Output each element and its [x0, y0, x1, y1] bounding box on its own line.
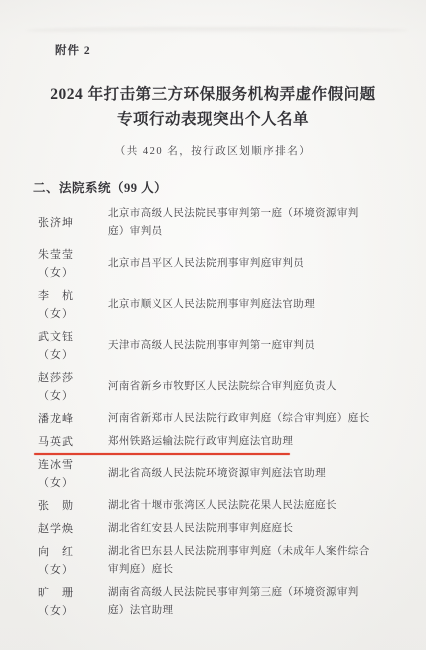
person-position-description: 湖北省红安县人民法院刑事审判庭庭长	[108, 520, 370, 538]
person-name-column: 连冰雪 （女）	[38, 456, 108, 492]
red-highlight-underline	[34, 453, 290, 455]
document-page: 附件 2 2024 年打击第三方环保服务机构弄虚作假问题 专项行动表现突出个人名…	[0, 0, 426, 620]
person-name: 李 杭	[38, 287, 108, 305]
roster-entry-row: 张 勋 湖北省十堰市张湾区人民法院花果人民法庭庭长	[38, 497, 400, 515]
person-name: 潘龙峰	[38, 410, 108, 428]
person-name: 旷 珊	[38, 584, 108, 602]
person-position-description: 北京市高级人民法院民事审判第一庭（环境资源审判庭）审判员	[108, 205, 370, 241]
attachment-label: 附件 2	[55, 42, 426, 58]
person-position-description: 湖北省十堰市张湾区人民法院花果人民法庭庭长	[108, 497, 370, 515]
document-title-line1: 2024 年打击第三方环保服务机构弄虚作假问题	[0, 82, 426, 107]
person-name-column: 赵莎莎 （女）	[38, 369, 108, 405]
roster-entry-row: 赵莎莎 （女） 河南省新乡市牧野区人民法院综合审判庭负责人	[38, 369, 400, 405]
roster-entry-row: 武文钰 （女） 天津市高级人民法院刑事审判第一庭审判员	[38, 328, 400, 364]
person-name-column: 李 杭 （女）	[38, 287, 108, 323]
person-name-column: 武文钰 （女）	[38, 328, 108, 364]
person-name: 向 红	[38, 543, 108, 561]
roster-entry-row: 潘龙峰 河南省新郑市人民法院行政审判庭（综合审判庭）庭长	[38, 410, 400, 428]
person-name-column: 朱莹莹 （女）	[38, 246, 108, 282]
roster-entry-row: 赵学焕 湖北省红安县人民法院刑事审判庭庭长	[38, 520, 400, 538]
person-gender-note: （女）	[38, 264, 108, 282]
person-position-description: 郑州铁路运输法院行政审判庭法官助理	[108, 433, 370, 451]
person-position-description: 天津市高级人民法院刑事审判第一庭审判员	[108, 337, 370, 355]
person-position-description: 湖北省巴东县人民法院刑事审判庭（未成年人案件综合审判庭）庭长	[108, 543, 370, 579]
person-name: 连冰雪	[38, 456, 108, 474]
person-name-column: 张 勋	[38, 497, 108, 515]
person-name-column: 向 红 （女）	[38, 543, 108, 579]
roster-entry-row: 张济坤 北京市高级人民法院民事审判第一庭（环境资源审判庭）审判员	[38, 205, 400, 241]
section-heading-court-system: 二、法院系统（99 人）	[33, 178, 426, 196]
roster-entry-row: 向 红 （女） 湖北省巴东县人民法院刑事审判庭（未成年人案件综合审判庭）庭长	[38, 543, 400, 579]
person-gender-note: （女）	[38, 387, 108, 405]
document-title-line2: 专项行动表现突出个人名单	[0, 107, 426, 132]
person-name: 赵莎莎	[38, 369, 108, 387]
person-gender-note: （女）	[38, 561, 108, 579]
person-gender-note: （女）	[38, 474, 108, 492]
person-position-description: 北京市顺义区人民法院刑事审判庭法官助理	[108, 296, 370, 314]
roster-entry-row: 朱莹莹 （女） 北京市昌平区人民法院刑事审判庭审判员	[38, 246, 400, 282]
person-gender-note: （女）	[38, 346, 108, 364]
person-position-description: 湖北省高级人民法院环境资源审判庭法官助理	[108, 465, 370, 483]
person-name-column: 张济坤	[38, 214, 108, 232]
person-position-description: 河南省新郑市人民法院行政审判庭（综合审判庭）庭长	[108, 410, 370, 428]
person-name: 张 勋	[38, 497, 108, 515]
person-name: 张济坤	[38, 214, 108, 232]
roster-entry-row: 李 杭 （女） 北京市顺义区人民法院刑事审判庭法官助理	[38, 287, 400, 323]
document-title: 2024 年打击第三方环保服务机构弄虚作假问题 专项行动表现突出个人名单	[0, 82, 426, 132]
person-name-column: 马英武	[38, 433, 108, 451]
roster-entry-row: 马英武 郑州铁路运输法院行政审判庭法官助理	[38, 433, 400, 451]
roster-entry-row: 旷 珊 （女） 湖南省高级人民法院民事审判第三庭（环境资源审判庭）法官助理	[38, 584, 400, 620]
person-gender-note: （女）	[38, 305, 108, 323]
person-name: 朱莹莹	[38, 246, 108, 264]
person-name: 赵学焕	[38, 520, 108, 538]
person-position-description: 河南省新乡市牧野区人民法院综合审判庭负责人	[108, 378, 370, 396]
personnel-roster: 张济坤 北京市高级人民法院民事审判第一庭（环境资源审判庭）审判员 朱莹莹 （女）…	[38, 205, 400, 620]
person-name-column: 赵学焕	[38, 520, 108, 538]
person-gender-note: （女）	[38, 602, 108, 620]
person-position-description: 湖南省高级人民法院民事审判第三庭（环境资源审判庭）法官助理	[108, 584, 370, 620]
person-name: 武文钰	[38, 328, 108, 346]
person-name-column: 潘龙峰	[38, 410, 108, 428]
person-name-column: 旷 珊 （女）	[38, 584, 108, 620]
document-subtitle: （共 420 名，按行政区划顺序排名）	[0, 143, 426, 158]
roster-entry-row: 连冰雪 （女） 湖北省高级人民法院环境资源审判庭法官助理	[38, 456, 400, 492]
person-position-description: 北京市昌平区人民法院刑事审判庭审判员	[108, 255, 370, 273]
person-name: 马英武	[38, 433, 108, 451]
